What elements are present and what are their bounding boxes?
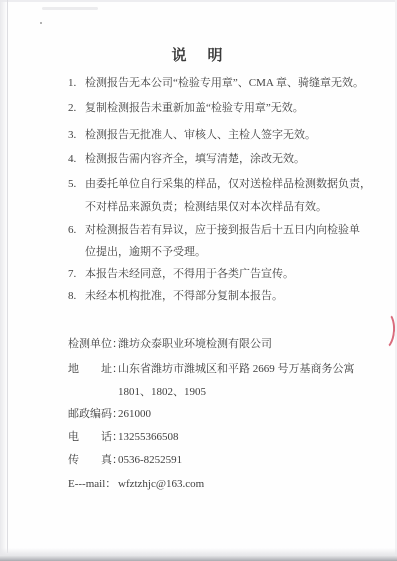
contact-label: 电 话： bbox=[68, 431, 123, 444]
item-text: 复制检测报告未重新加盖“检验专用章”无效。 bbox=[85, 102, 304, 115]
contact-label: 地 址： bbox=[68, 363, 123, 376]
contact-label: 传 真： bbox=[68, 454, 123, 467]
item-number: 3. bbox=[68, 129, 76, 142]
contact-value: 13255366508 bbox=[118, 431, 179, 444]
contact-value: 潍坊众泰职业环境检测有限公司 bbox=[118, 338, 272, 351]
item-text: 位提出，逾期不予受理。 bbox=[85, 246, 206, 259]
item-text: 对检测报告若有异议，应于接到报告后十五日内向检验单 bbox=[85, 224, 360, 237]
item-number: 1. bbox=[68, 77, 76, 90]
item-text: 由委托单位自行采集的样品，仅对送检样品检测数据负责， bbox=[85, 178, 371, 191]
scanned-document-page: 说 明 1. 检测报告无本公司“检验专用章”、CMA 章、骑缝章无效。 2. 复… bbox=[0, 0, 397, 561]
contact-value: 山东省潍坊市潍城区和平路 2669 号万基商务公寓 bbox=[118, 363, 355, 376]
contact-value: wfztzhjc@163.com bbox=[118, 478, 204, 491]
contact-label: E---mail： bbox=[68, 478, 116, 491]
red-pen-mark bbox=[373, 310, 397, 350]
contact-label: 检测单位： bbox=[68, 338, 123, 351]
item-number: 4. bbox=[68, 153, 76, 166]
contact-value: 261000 bbox=[118, 408, 151, 421]
item-text: 检测报告无批准人、审核人、主检人签字无效。 bbox=[85, 129, 316, 142]
contact-value: 0536-8252591 bbox=[118, 454, 182, 467]
page-edge-left-line bbox=[7, 0, 8, 553]
scan-speck bbox=[40, 22, 42, 24]
item-number: 5. bbox=[68, 178, 76, 191]
item-number: 2. bbox=[68, 102, 76, 115]
item-number: 7. bbox=[68, 268, 76, 281]
contact-label: 邮政编码： bbox=[68, 408, 123, 421]
item-text: 不对样品来源负责；检测结果仅对本次样品有效。 bbox=[85, 201, 327, 214]
item-text: 检测报告无本公司“检验专用章”、CMA 章、骑缝章无效。 bbox=[85, 77, 364, 90]
page-title: 说 明 bbox=[0, 44, 397, 65]
item-text: 本报告未经同意，不得用于各类广告宣传。 bbox=[85, 268, 294, 281]
item-text: 检测报告需内容齐全，填写清楚，涂改无效。 bbox=[85, 153, 305, 166]
page-edge-left bbox=[0, 0, 7, 556]
page-edge-top bbox=[0, 0, 397, 2]
scan-smudge bbox=[42, 7, 98, 10]
item-number: 8. bbox=[68, 290, 76, 303]
item-text: 未经本机构批准，不得部分复制本报告。 bbox=[85, 290, 283, 303]
item-number: 6. bbox=[68, 224, 76, 237]
contact-value: 1801、1802、1905 bbox=[118, 386, 206, 399]
page-edge-bottom-shadow bbox=[0, 548, 397, 555]
page-edge-bottom bbox=[0, 555, 397, 561]
